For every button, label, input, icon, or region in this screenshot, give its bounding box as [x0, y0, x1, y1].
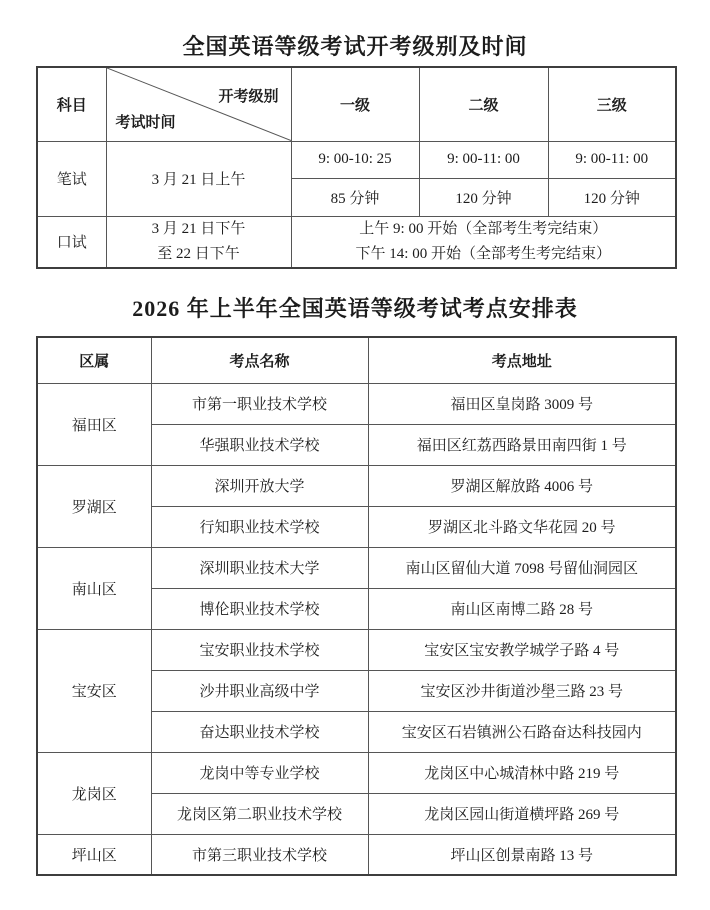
site-name-header-cell: 考点名称 — [151, 337, 368, 383]
district-cell-futian: 福田区 — [37, 383, 151, 465]
site-name-cell: 龙岗中等专业学校 — [151, 752, 368, 793]
site-address-cell: 龙岗区园山街道横坪路 269 号 — [368, 793, 676, 834]
level1-header-cell: 一级 — [291, 67, 419, 141]
table-row: 宝安区 宝安职业技术学校 宝安区宝安教学城学子路 4 号 — [37, 629, 676, 670]
written-level1-duration-cell: 85 分钟 — [291, 178, 419, 216]
site-address-header-cell: 考点地址 — [368, 337, 676, 383]
site-address-cell: 福田区皇岗路 3009 号 — [368, 383, 676, 424]
district-cell-longgang: 龙岗区 — [37, 752, 151, 834]
schedule-header-row: 科目 开考级别 考试时间 一级 二级 三级 — [37, 67, 676, 141]
district-cell-luohu: 罗湖区 — [37, 465, 151, 547]
site-name-cell: 深圳职业技术大学 — [151, 547, 368, 588]
subject-header-cell: 科目 — [37, 67, 106, 141]
site-address-cell: 南山区南博二路 28 号 — [368, 588, 676, 629]
table-row: 龙岗区 龙岗中等专业学校 龙岗区中心城清林中路 219 号 — [37, 752, 676, 793]
table-row: 坪山区 市第三职业技术学校 坪山区创景南路 13 号 — [37, 834, 676, 875]
diagonal-header-cell: 开考级别 考试时间 — [106, 67, 291, 141]
diagonal-top-label: 开考级别 — [218, 85, 278, 106]
site-address-cell: 罗湖区北斗路文华花园 20 号 — [368, 506, 676, 547]
district-cell-nanshan: 南山区 — [37, 547, 151, 629]
site-name-cell: 奋达职业技术学校 — [151, 711, 368, 752]
oral-date-line1: 3 月 21 日下午 — [109, 217, 289, 242]
site-address-cell: 罗湖区解放路 4006 号 — [368, 465, 676, 506]
site-address-cell: 龙岗区中心城清林中路 219 号 — [368, 752, 676, 793]
site-address-cell: 坪山区创景南路 13 号 — [368, 834, 676, 875]
site-address-cell: 福田区红荔西路景田南四街 1 号 — [368, 424, 676, 465]
sites-table-title: 2026 年上半年全国英语等级考试考点安排表 — [0, 292, 710, 323]
site-name-cell: 深圳开放大学 — [151, 465, 368, 506]
written-level3-duration-cell: 120 分钟 — [548, 178, 676, 216]
oral-start-info-cell: 上午 9: 00 开始（全部考生考完结束） 下午 14: 00 开始（全部考生考… — [291, 216, 676, 268]
written-level1-time-cell: 9: 00-10: 25 — [291, 141, 419, 178]
site-name-cell: 龙岗区第二职业技术学校 — [151, 793, 368, 834]
site-name-cell: 行知职业技术学校 — [151, 506, 368, 547]
level3-header-cell: 三级 — [548, 67, 676, 141]
oral-date-cell: 3 月 21 日下午 至 22 日下午 — [106, 216, 291, 268]
site-name-cell: 博伦职业技术学校 — [151, 588, 368, 629]
district-header-cell: 区属 — [37, 337, 151, 383]
oral-subject-cell: 口试 — [37, 216, 106, 268]
site-name-cell: 市第三职业技术学校 — [151, 834, 368, 875]
site-address-cell: 宝安区宝安教学城学子路 4 号 — [368, 629, 676, 670]
table-row: 南山区 深圳职业技术大学 南山区留仙大道 7098 号留仙洞园区 — [37, 547, 676, 588]
site-name-cell: 宝安职业技术学校 — [151, 629, 368, 670]
oral-row: 口试 3 月 21 日下午 至 22 日下午 上午 9: 00 开始（全部考生考… — [37, 216, 676, 268]
site-name-cell: 华强职业技术学校 — [151, 424, 368, 465]
oral-start-line1: 上午 9: 00 开始（全部考生考完结束） — [294, 217, 674, 242]
diagonal-bottom-label: 考试时间 — [116, 111, 176, 132]
district-cell-baoan: 宝安区 — [37, 629, 151, 752]
table-row: 福田区 市第一职业技术学校 福田区皇岗路 3009 号 — [37, 383, 676, 424]
table-row: 罗湖区 深圳开放大学 罗湖区解放路 4006 号 — [37, 465, 676, 506]
written-level2-time-cell: 9: 00-11: 00 — [419, 141, 548, 178]
oral-date-line2: 至 22 日下午 — [109, 242, 289, 267]
written-times-row: 笔试 3 月 21 日上午 9: 00-10: 25 9: 00-11: 00 … — [37, 141, 676, 178]
written-level2-duration-cell: 120 分钟 — [419, 178, 548, 216]
oral-start-line2: 下午 14: 00 开始（全部考生考完结束） — [294, 242, 674, 267]
schedule-table-title: 全国英语等级考试开考级别及时间 — [0, 30, 710, 61]
district-cell-pingshan: 坪山区 — [37, 834, 151, 875]
site-address-cell: 南山区留仙大道 7098 号留仙洞园区 — [368, 547, 676, 588]
document-page: 全国英语等级考试开考级别及时间 科目 开考级别 考试时间 一级 二级 三级 笔试 — [0, 0, 710, 910]
written-level3-time-cell: 9: 00-11: 00 — [548, 141, 676, 178]
site-name-cell: 市第一职业技术学校 — [151, 383, 368, 424]
site-address-cell: 宝安区石岩镇洲公石路奋达科技园内 — [368, 711, 676, 752]
site-name-cell: 沙井职业高级中学 — [151, 670, 368, 711]
level2-header-cell: 二级 — [419, 67, 548, 141]
site-address-cell: 宝安区沙井街道沙壆三路 23 号 — [368, 670, 676, 711]
sites-header-row: 区属 考点名称 考点地址 — [37, 337, 676, 383]
exam-sites-table: 区属 考点名称 考点地址 福田区 市第一职业技术学校 福田区皇岗路 3009 号… — [36, 336, 677, 876]
written-subject-cell: 笔试 — [37, 141, 106, 216]
exam-schedule-table: 科目 开考级别 考试时间 一级 二级 三级 笔试 3 月 21 日上午 9: 0… — [36, 66, 677, 269]
written-date-cell: 3 月 21 日上午 — [106, 141, 291, 216]
